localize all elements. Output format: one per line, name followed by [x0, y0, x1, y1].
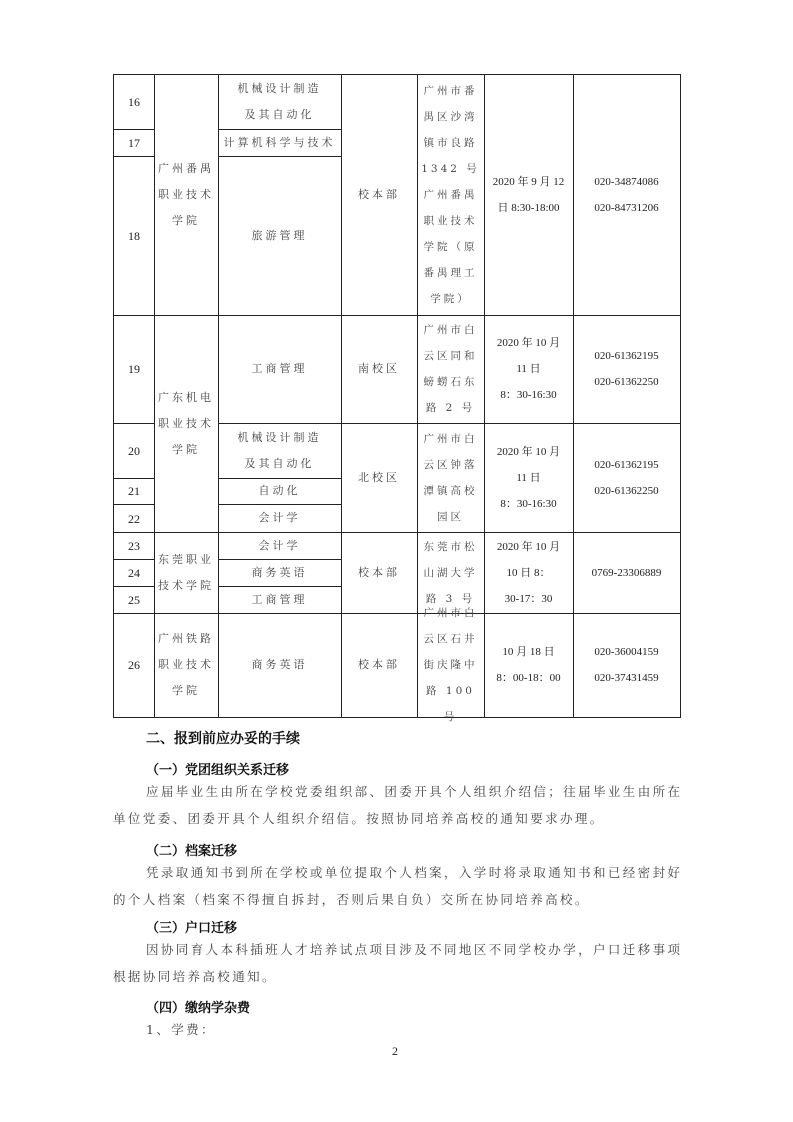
campus-name: 校本部 [341, 75, 417, 315]
row-number: 22 [114, 504, 154, 532]
report-time: 2020 年 10 月 11 日 8：30-16:30 [484, 315, 573, 423]
major-name: 机械设计制造 及其自动化 [218, 423, 341, 478]
list-item: 1、学费： [113, 1016, 683, 1043]
campus-name: 校本部 [341, 532, 417, 613]
paragraph: 因协同育人本科插班人才培养试点项目涉及不同地区不同学校办学，户口迁移事项根据协同… [113, 936, 683, 990]
enrollment-table: 16 17 18 19 20 21 22 23 24 25 26 广州番禺 职业… [113, 74, 681, 718]
row-number: 16 [114, 75, 154, 129]
subsection-heading: （二）档案迁移 [146, 840, 237, 859]
campus-name: 北校区 [341, 423, 417, 532]
row-number: 17 [114, 129, 154, 156]
address: 广州市番 禺区沙湾 镇市良路 1342 号 广州番禺 职业技术 学院（原 番禺理… [417, 75, 484, 315]
major-name: 旅游管理 [218, 156, 341, 315]
major-name: 自动化 [218, 478, 341, 504]
row-number: 18 [114, 156, 154, 315]
contact-phone: 020-61362195 020-61362250 [573, 423, 680, 532]
row-number: 24 [114, 559, 154, 586]
subsection-heading: （四）缴纳学杂费 [146, 997, 250, 1016]
page-number: 2 [392, 1044, 398, 1059]
paragraph: 应届毕业生由所在学校党委组织部、团委开具个人组织介绍信；往届毕业生由所在单位党委… [113, 778, 683, 832]
row-number: 21 [114, 478, 154, 504]
subsection-heading: （一）党团组织关系迁移 [146, 759, 289, 778]
report-time: 2020 年 10 月 11 日 8：30-16:30 [484, 423, 573, 532]
report-time: 2020 年 10 月 10 日 8： 30-17：30 [484, 532, 573, 613]
school-name: 东莞职业 技术学院 [154, 532, 218, 613]
section-heading: 二、报到前应办妥的手续 [146, 728, 300, 748]
school-name: 广州番禺 职业技术 学院 [154, 75, 218, 315]
major-name: 会计学 [218, 532, 341, 559]
major-name: 商务英语 [218, 559, 341, 586]
campus-name: 校本部 [341, 613, 417, 717]
address: 广州市白 云区石井 街庆隆中 路 100 号 [417, 613, 484, 717]
row-number: 26 [114, 613, 154, 717]
row-number: 23 [114, 532, 154, 559]
address: 广州市白 云区同和 螃蟧石东 路 2 号 [417, 315, 484, 423]
address: 广州市白 云区钟落 潭镇高校 园区 [417, 423, 484, 532]
row-number: 20 [114, 423, 154, 478]
contact-phone: 020-61362195 020-61362250 [573, 315, 680, 423]
major-name: 机械设计制造 及其自动化 [218, 75, 341, 129]
report-time: 2020 年 9 月 12 日 8:30-18:00 [484, 75, 573, 315]
campus-name: 南校区 [341, 315, 417, 423]
major-name: 工商管理 [218, 586, 341, 613]
subsection-heading: （三）户口迁移 [146, 917, 237, 936]
paragraph: 凭录取通知书到所在学校或单位提取个人档案，入学时将录取通知书和已经密封好的个人档… [113, 859, 683, 913]
school-name: 广州铁路 职业技术 学院 [154, 613, 218, 717]
row-number: 19 [114, 315, 154, 423]
major-name: 计算机科学与技术 [218, 129, 341, 156]
contact-phone: 0769-23306889 [573, 532, 680, 613]
major-name: 商务英语 [218, 613, 341, 717]
school-name: 广东机电 职业技术 学院 [154, 315, 218, 532]
contact-phone: 020-36004159 020-37431459 [573, 613, 680, 717]
major-name: 会计学 [218, 504, 341, 532]
report-time: 10 月 18 日 8：00-18：00 [484, 613, 573, 717]
row-number: 25 [114, 586, 154, 613]
contact-phone: 020-34874086 020-84731206 [573, 75, 680, 315]
document-page: 16 17 18 19 20 21 22 23 24 25 26 广州番禺 职业… [0, 0, 793, 1122]
major-name: 工商管理 [218, 315, 341, 423]
